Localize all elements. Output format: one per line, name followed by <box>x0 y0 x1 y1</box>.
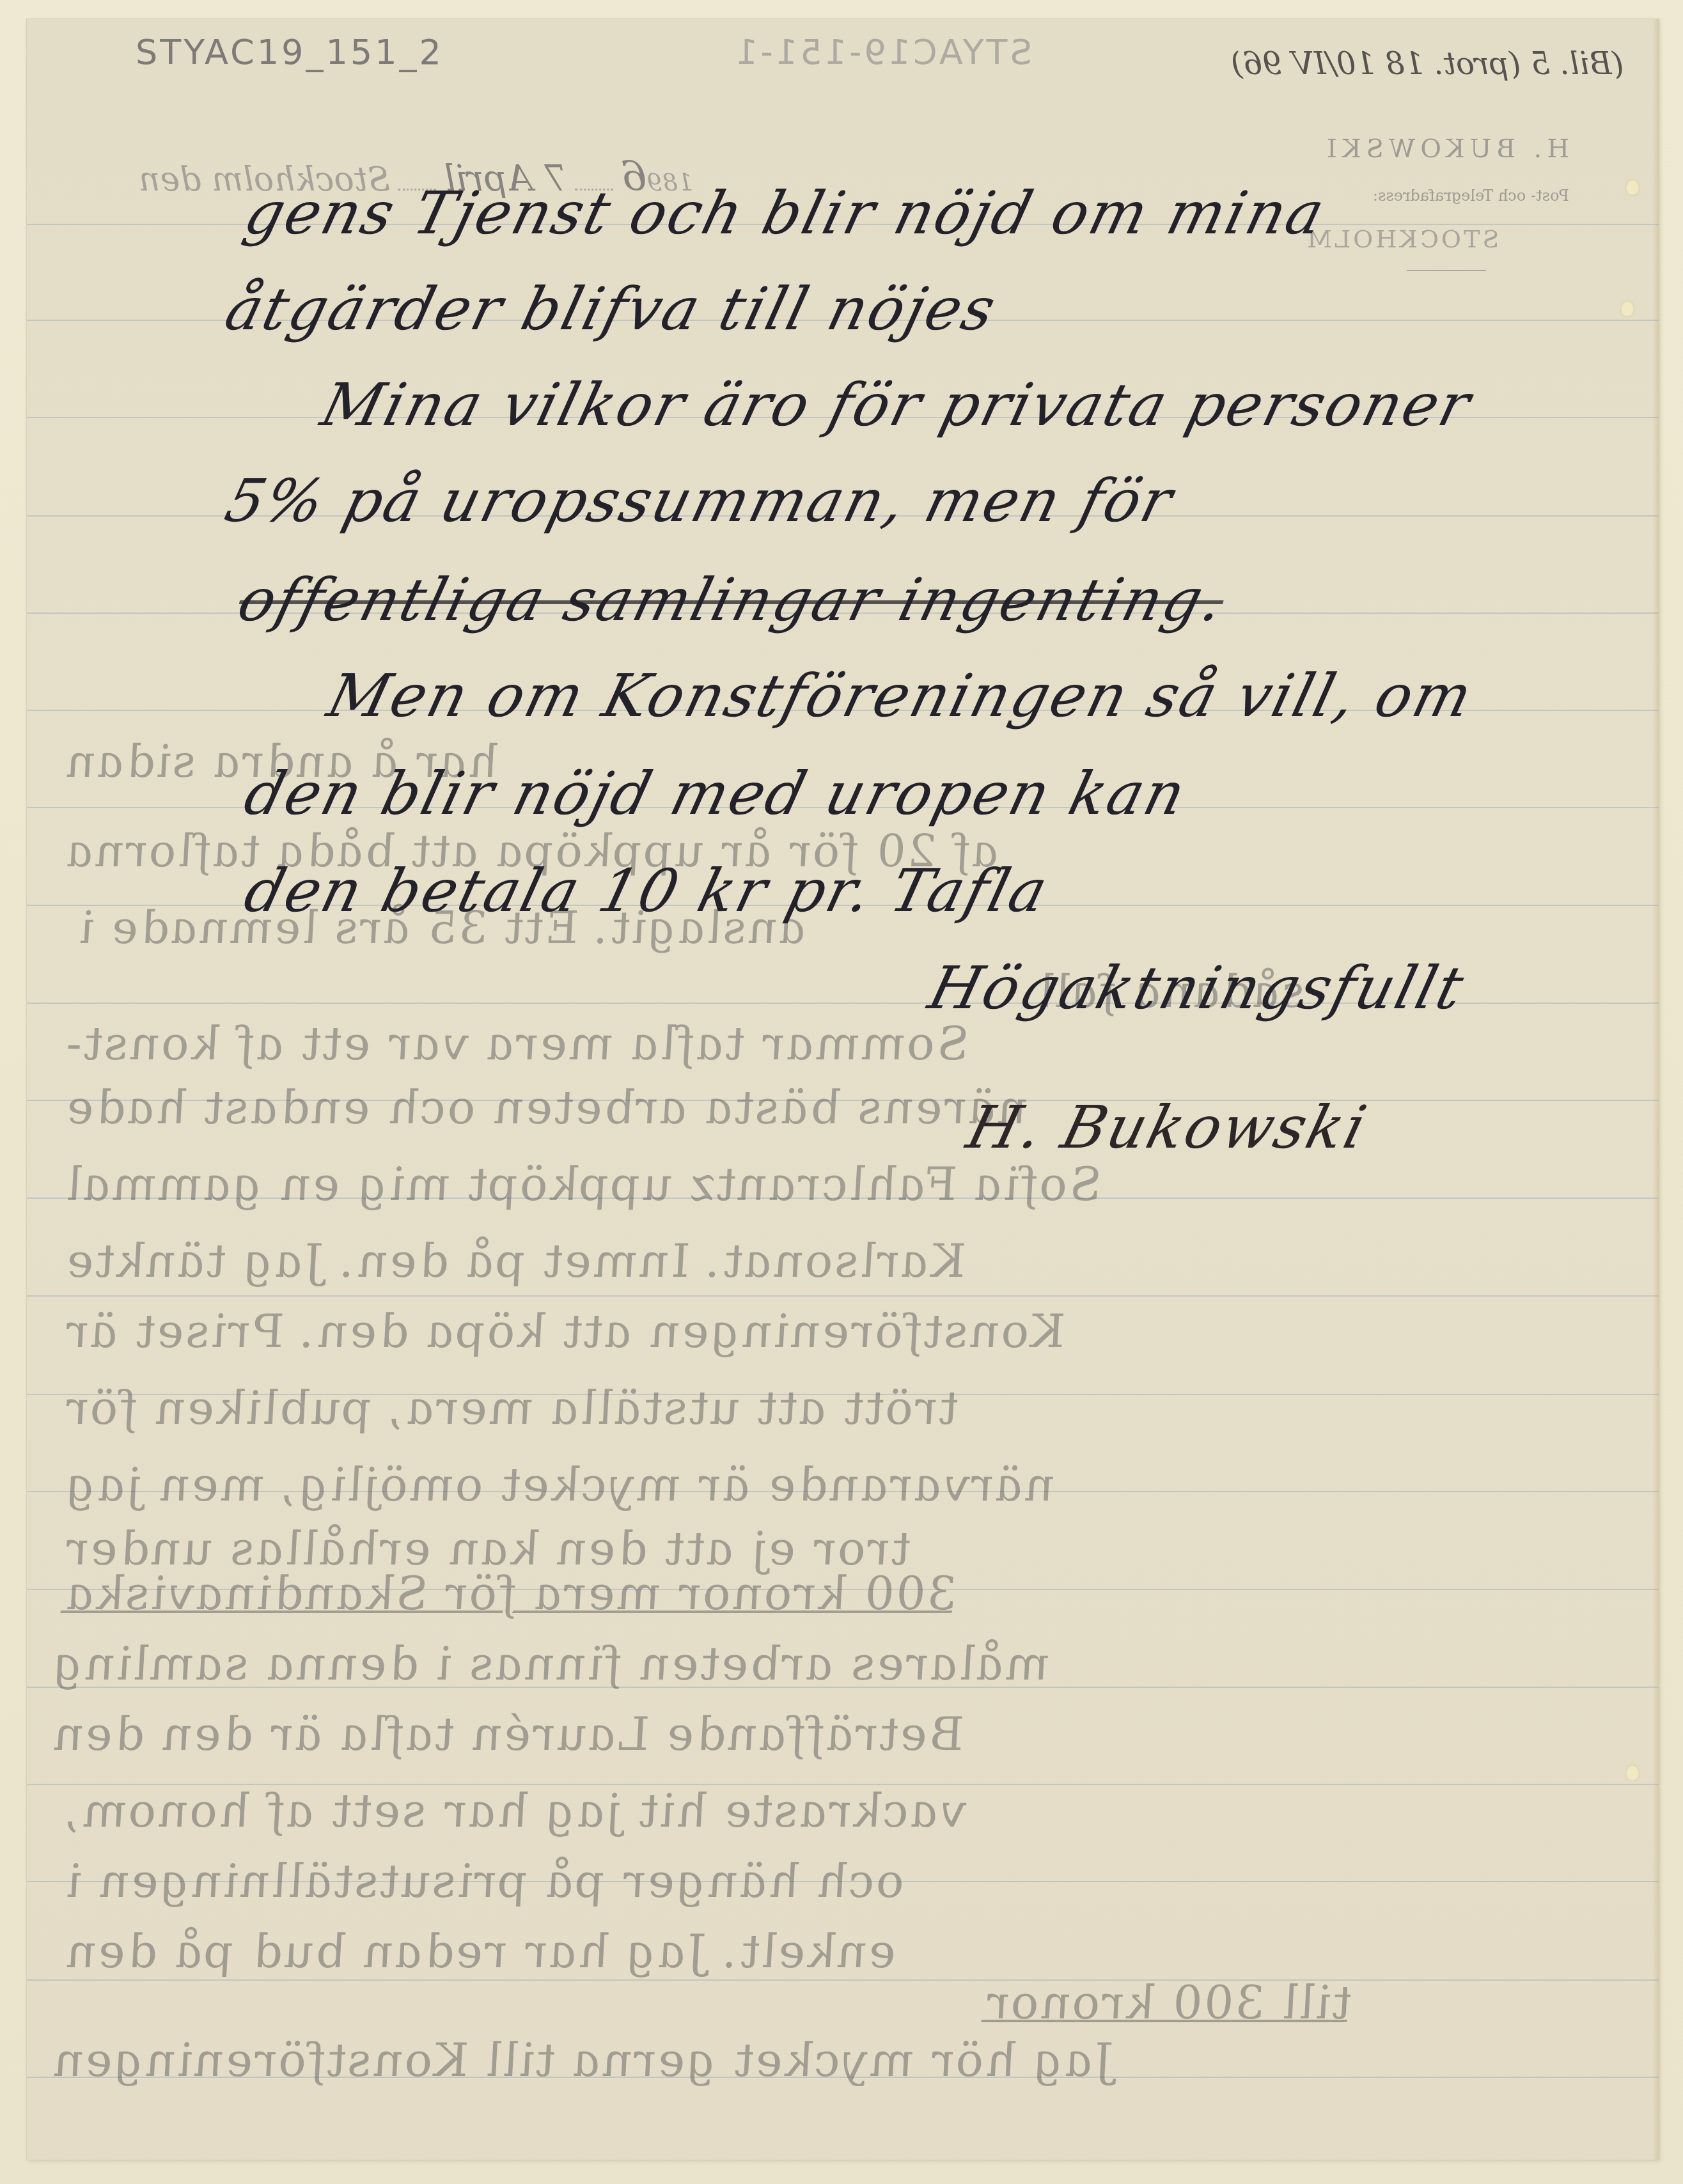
letterhead-city-text: STOCKHOLM <box>1304 225 1499 253</box>
bleed-through-text: Sofia Fahlcrantz uppköpt mig en gammal <box>59 1157 1108 1211</box>
bleed-through-text: närens bästa arbeten och endast hade <box>59 1080 1035 1134</box>
bleed-through-line: Konstföreningen att köpa den. Priset är <box>65 1304 1065 1358</box>
bleed-through-text: 300 kronor mera för Skandinaviska <box>59 1566 964 1620</box>
bleed-through-line: 300 kronor mera för Skandinaviska <box>65 1566 957 1620</box>
bleed-through-text: trött att utställa mera, publiken för <box>59 1381 966 1435</box>
bleed-through-text: Konstföreningen att köpa den. Priset är <box>59 1304 1072 1358</box>
bleed-through-line: Beträffande Laurén tafla är den den <box>52 1707 964 1761</box>
bleed-through-line: Karlsonat. Inmet på den. Jag tänkte <box>65 1234 966 1288</box>
bleed-through-text: Beträffande Laurén tafla är den den <box>46 1707 971 1761</box>
bleed-through-text: till 300 kronor <box>980 1976 1359 2029</box>
letter-body-line-3: Mina vilkor äro för privata personer <box>315 371 1479 439</box>
bleed-through-line: Sommar tafla mera var ett af konst- <box>65 1017 969 1070</box>
letterhead-address-label: Post- och Telegrafadress: <box>1373 187 1569 205</box>
letter-body-line-8: den betala 10 kr pr. Tafla <box>238 857 1056 925</box>
letterhead-address-label-text: Post- och Telegrafadress: <box>1373 187 1569 205</box>
bleed-through-line: Jag hör mycket gerna till Konstföreninge… <box>52 2033 1114 2087</box>
bleed-through-text: Sommar tafla mera var ett af konst- <box>59 1017 976 1070</box>
bleed-through-line: enkelt. Jag har redan bud på den <box>65 1924 896 1978</box>
letterhead-company-name: H. BUKOWSKI <box>1322 134 1569 164</box>
protocol-annotation-text: (Bil. 5 (prot. 18 10/IV 96) <box>1231 46 1624 82</box>
letter-body-line-4: 5% på uropssumman, men för <box>219 467 1181 535</box>
archive-reference-mark-bleed-text: STYAC19-151-1 <box>733 32 1032 72</box>
bleed-through-text: närvarande är mycket omöjlig, men jag <box>59 1458 1062 1511</box>
bleed-through-text: Jag hör mycket gerna till Konstföreninge… <box>46 2033 1121 2087</box>
bleed-through-line: trött att utställa mera, publiken för <box>65 1381 959 1435</box>
letter-sheet: STYAC19_151_2 STYAC19-151-1 (Bil. 5 (pro… <box>27 19 1659 2160</box>
bleed-through-line: vackraste hit jag har sett af honom, <box>65 1784 967 1837</box>
bleed-through-line: målares arbeten finnas i denna samling <box>52 1637 1050 1690</box>
archive-reference-mark-bleed: STYAC19-151-1 <box>733 32 1032 72</box>
letterhead-ornament-divider <box>1407 270 1486 271</box>
bleed-through-line: till 300 kronor <box>986 1976 1352 2029</box>
letter-body-line-2: åtgärder blifva till nöjes <box>219 275 1004 343</box>
letter-body-line-5-struck: offentliga samlingar ingenting. <box>231 566 1232 634</box>
bleed-through-text: enkelt. Jag har redan bud på den <box>59 1924 904 1978</box>
letter-closing: Högaktningsfullt <box>922 954 1472 1022</box>
bleed-through-text: Karlsonat. Inmet på den. Jag tänkte <box>59 1234 973 1288</box>
protocol-annotation: (Bil. 5 (prot. 18 10/IV 96) <box>1231 46 1624 82</box>
bleed-through-line: och hänger på prisutställningen i <box>65 1854 905 1908</box>
archive-reference-mark: STYAC19_151_2 <box>136 32 444 72</box>
letter-body-line-1: gens Tjenst och blir nöjd om mina <box>238 179 1333 247</box>
bleed-through-text: vackraste hit jag har sett af honom, <box>59 1784 974 1837</box>
letter-signature: H. Bukowski <box>960 1093 1375 1162</box>
bleed-through-line: närvarande är mycket omöjlig, men jag <box>65 1458 1055 1511</box>
sheet-torn-edge <box>1652 19 1659 2160</box>
ruled-line <box>27 1295 1659 1297</box>
paper-tear <box>1625 179 1640 196</box>
letterhead-city: STOCKHOLM <box>1304 225 1499 253</box>
bleed-through-line: Sofia Fahlcrantz uppköpt mig en gammal <box>65 1157 1101 1211</box>
bleed-through-text: målares arbeten finnas i denna samling <box>46 1637 1057 1690</box>
letter-body-line-6: Men om Konstföreningen så vill, om <box>321 662 1480 730</box>
paper-tear <box>1620 300 1634 317</box>
letterhead-company-name-text: H. BUKOWSKI <box>1322 134 1569 164</box>
paper-tear <box>1625 1765 1640 1781</box>
letter-body-line-7: den blir nöjd med uropen kan <box>238 760 1194 828</box>
bleed-through-line: närens bästa arbeten och endast hade <box>65 1080 1028 1134</box>
ruled-line <box>27 1979 1659 1981</box>
bleed-through-text: och hänger på prisutställningen i <box>59 1854 912 1908</box>
